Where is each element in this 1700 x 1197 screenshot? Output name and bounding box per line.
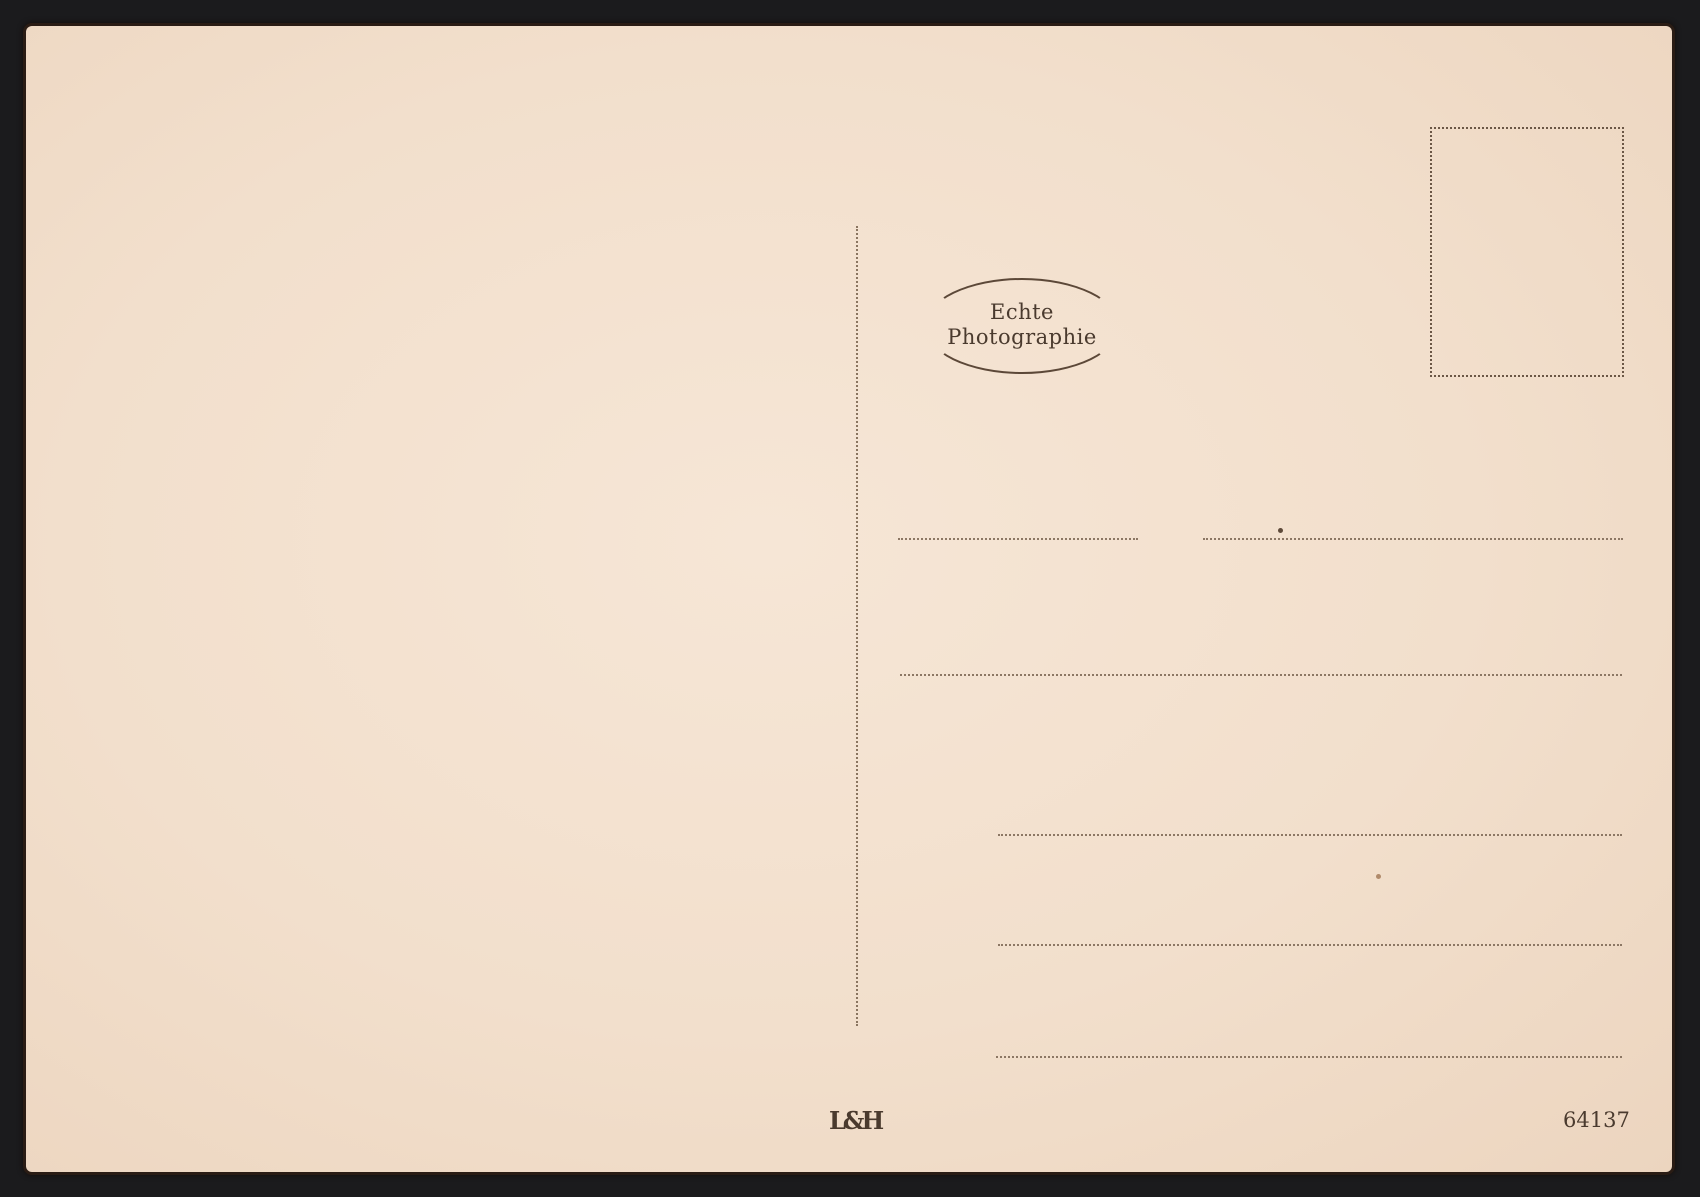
stamp-text-line2: Photographie [926,325,1118,349]
address-line-2 [900,674,1622,676]
serial-number: 64137 [1563,1108,1630,1132]
address-line-1b [1203,538,1623,540]
address-line-1a [898,538,1138,540]
stamp-text-line1: Echte [926,300,1118,324]
postage-stamp-box [1430,127,1624,377]
address-line-3 [998,834,1622,836]
publisher-logo: L&H [829,1106,881,1135]
ink-spot [1278,528,1283,533]
postcard-back: Echte Photographie L&H 64137 [26,26,1672,1172]
center-divider-line [856,226,858,1026]
echte-photographie-stamp: Echte Photographie [924,278,1120,374]
stain-spot [1376,874,1381,879]
address-line-5 [996,1056,1622,1058]
address-line-4 [998,944,1622,946]
